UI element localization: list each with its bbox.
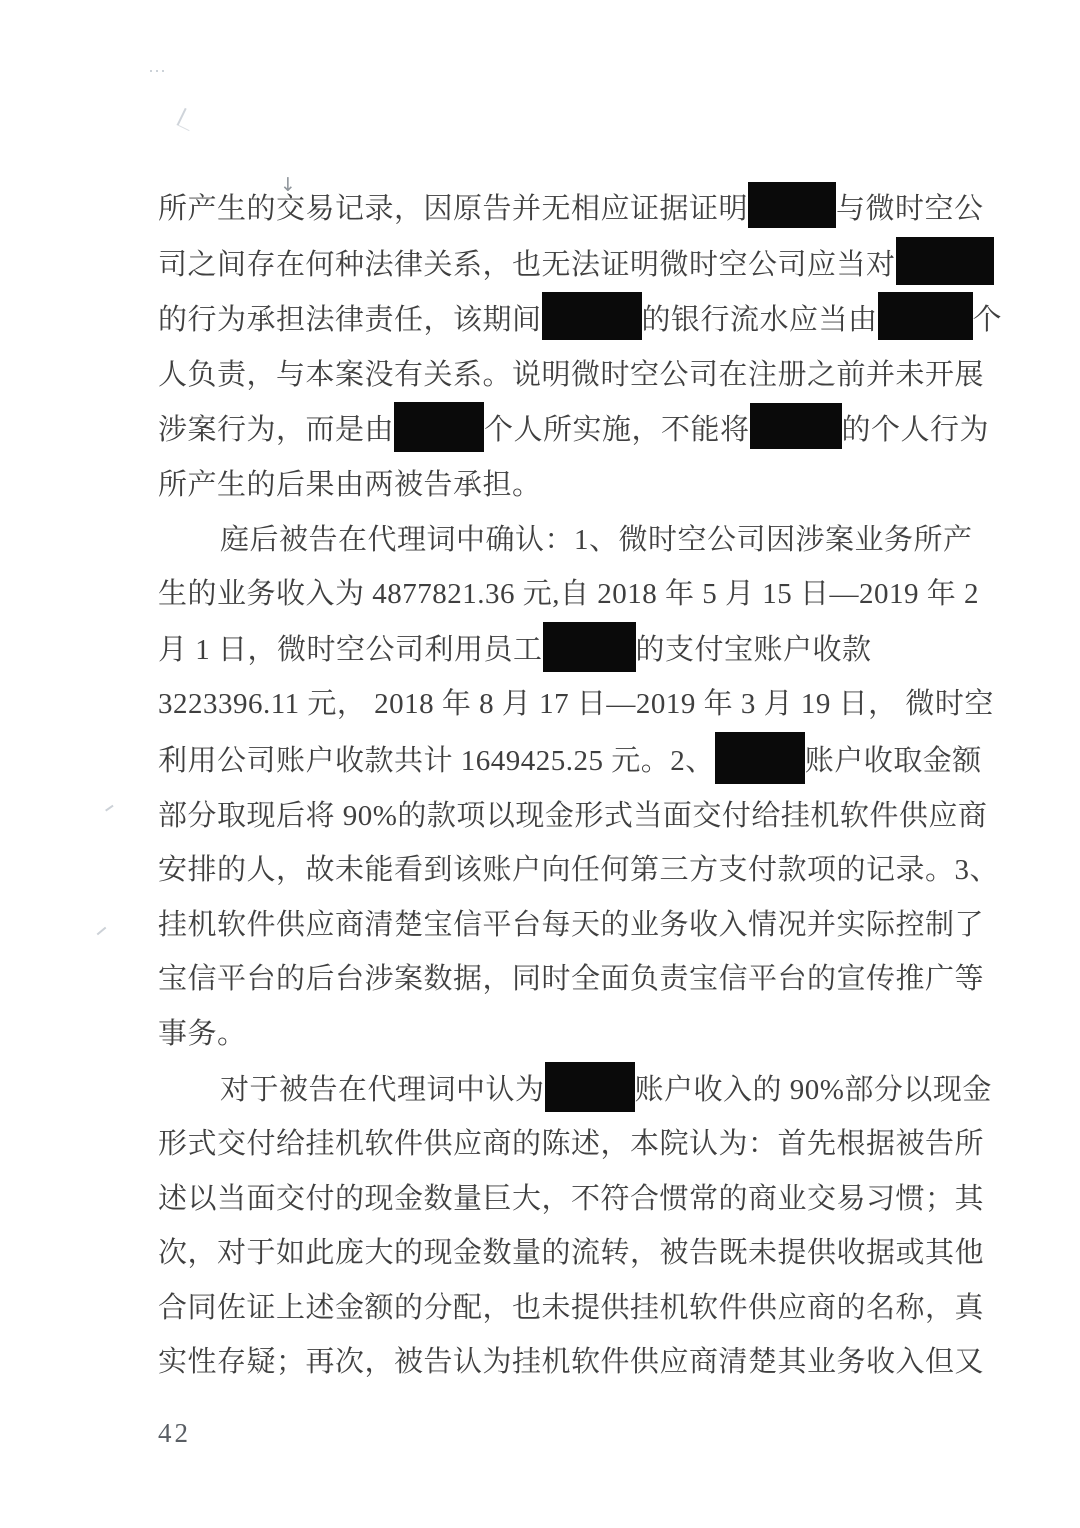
text-line: 月 1 日，微时空公司利用员工的支付宝账户收款: [158, 622, 968, 678]
redaction-box: [750, 403, 842, 449]
text-line: 事务。: [158, 1007, 968, 1062]
text-segment: 人负责，与本案没有关系。说明微时空公司在注册之前并未开展: [158, 359, 984, 391]
text-segment: 安排的人，故未能看到该账户向任何第三方支付款项的记录。3、: [158, 854, 999, 886]
text-segment: 述以当面交付的现金数量巨大，不符合惯常的商业交易习惯；其: [158, 1183, 984, 1215]
text-line: 合同佐证上述金额的分配，也未提供挂机软件供应商的名称，真: [158, 1281, 968, 1336]
text-line: 形式交付给挂机软件供应商的陈述，本院认为：首先根据被告所: [158, 1117, 968, 1172]
text-segment: 个人所实施，不能将: [484, 414, 750, 446]
text-line: 3223396.11 元， 2018 年 8 月 17 日—2019 年 3 月…: [158, 677, 968, 732]
text-line: 生的业务收入为 4877821.36 元,自 2018 年 5 月 15 日—2…: [158, 567, 968, 622]
text-line: 司之间存在何种法律关系，也无法证明微时空公司应当对: [158, 237, 968, 293]
text-line: 对于被告在代理词中认为账户收入的 90%部分以现金: [158, 1062, 968, 1118]
text-line: 述以当面交付的现金数量巨大，不符合惯常的商业交易习惯；其: [158, 1172, 968, 1227]
text-segment: 的个人行为: [842, 414, 990, 446]
scan-artifact: [150, 70, 167, 72]
text-segment: 司之间存在何种法律关系，也无法证明微时空公司应当对: [158, 249, 896, 281]
text-segment: 合同佐证上述金额的分配，也未提供挂机软件供应商的名称，真: [158, 1292, 984, 1324]
text-line: 所产生的交易记录，因原告并无相应证据证明与微时空公: [158, 182, 968, 237]
text-line: 安排的人，故未能看到该账户向任何第三方支付款项的记录。3、: [158, 843, 968, 898]
redaction-box: [542, 292, 642, 340]
text-segment: 账户收入的 90%部分以现金: [635, 1074, 992, 1106]
text-segment: 与微时空公: [836, 193, 984, 225]
redaction-box: [545, 1062, 635, 1112]
text-segment: 事务。: [158, 1018, 247, 1050]
redaction-box: [748, 182, 836, 228]
text-segment: 利用公司账户收款共计 1649425.25 元。2、: [158, 745, 715, 777]
redaction-box: [543, 622, 636, 672]
text-segment: 的支付宝账户收款: [636, 634, 872, 666]
text-segment: 实性存疑；再次，被告认为挂机软件供应商清楚其业务收入但又: [158, 1346, 984, 1378]
text-segment: 个: [973, 304, 1003, 336]
text-segment: 部分取现后将 90%的款项以现金形式当面交付给挂机软件供应商: [158, 800, 987, 832]
scan-artifact: [97, 927, 107, 936]
text-segment: 形式交付给挂机软件供应商的陈述，本院认为：首先根据被告所: [158, 1128, 984, 1160]
text-line: 的行为承担法律责任，该期间的银行流水应当由个: [158, 292, 968, 348]
redaction-box: [878, 292, 973, 340]
text-line: 人负责，与本案没有关系。说明微时空公司在注册之前并未开展: [158, 348, 968, 403]
text-line: 挂机软件供应商清楚宝信平台每天的业务收入情况并实际控制了: [158, 898, 968, 953]
text-line: 庭后被告在代理词中确认：1、微时空公司因涉案业务所产: [158, 513, 968, 568]
text-segment: 庭后被告在代理词中确认：1、微时空公司因涉案业务所产: [220, 524, 973, 556]
redaction-box: [394, 402, 484, 452]
text-segment: 次，对于如此庞大的现金数量的流转，被告既未提供收据或其他: [158, 1237, 984, 1269]
document-body-text: 所产生的交易记录，因原告并无相应证据证明与微时空公司之间存在何种法律关系，也无法…: [158, 182, 968, 1390]
text-segment: 3223396.11 元， 2018 年 8 月 17 日—2019 年 3 月…: [158, 688, 994, 720]
scan-artifact: [177, 108, 198, 131]
text-line: 利用公司账户收款共计 1649425.25 元。2、账户收取金额: [158, 732, 968, 789]
text-segment: 的银行流水应当由: [642, 304, 878, 336]
scan-artifact: [99, 797, 113, 812]
text-line: 次，对于如此庞大的现金数量的流转，被告既未提供收据或其他: [158, 1226, 968, 1281]
text-segment: 所产生的后果由两被告承担。: [158, 469, 542, 501]
text-segment: 对于被告在代理词中认为: [220, 1074, 545, 1106]
text-segment: 宝信平台的后台涉案数据，同时全面负责宝信平台的宣传推广等: [158, 963, 984, 995]
text-segment: 挂机软件供应商清楚宝信平台每天的业务收入情况并实际控制了: [158, 909, 984, 941]
text-line: 部分取现后将 90%的款项以现金形式当面交付给挂机软件供应商: [158, 789, 968, 844]
page-number: 42: [158, 1418, 191, 1449]
redaction-box: [715, 732, 805, 784]
text-line: 实性存疑；再次，被告认为挂机软件供应商清楚其业务收入但又: [158, 1335, 968, 1390]
text-line: 涉案行为，而是由个人所实施，不能将的个人行为: [158, 402, 968, 458]
text-segment: 月 1 日，微时空公司利用员工: [158, 634, 543, 666]
redaction-box: [896, 237, 994, 285]
text-segment: 所产生的交易记录，因原告并无相应证据证明: [158, 193, 748, 225]
text-line: 所产生的后果由两被告承担。: [158, 458, 968, 513]
text-segment: 账户收取金额: [805, 745, 982, 777]
scanned-document-page: ↓ 所产生的交易记录，因原告并无相应证据证明与微时空公司之间存在何种法律关系，也…: [0, 0, 1080, 1528]
text-segment: 涉案行为，而是由: [158, 414, 394, 446]
text-line: 宝信平台的后台涉案数据，同时全面负责宝信平台的宣传推广等: [158, 952, 968, 1007]
text-segment: 生的业务收入为 4877821.36 元,自 2018 年 5 月 15 日—2…: [158, 578, 979, 610]
text-segment: 的行为承担法律责任，该期间: [158, 304, 542, 336]
